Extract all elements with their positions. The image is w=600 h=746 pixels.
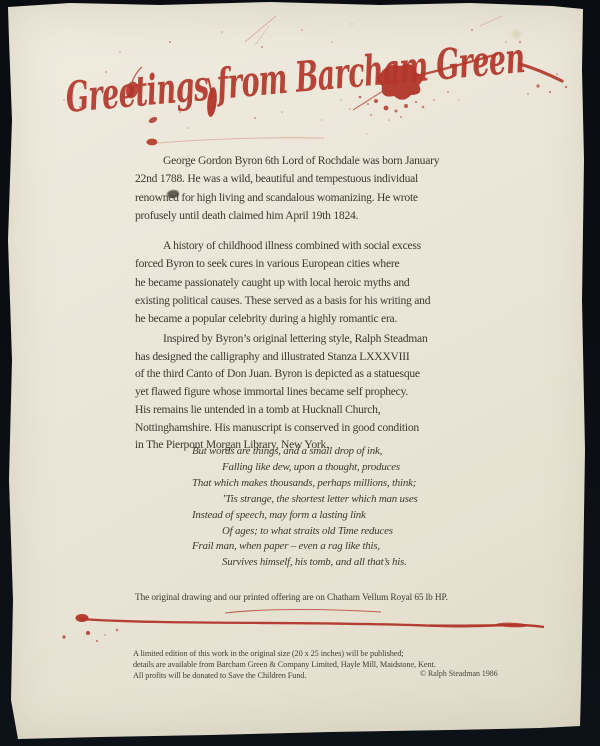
text-line: 22nd 1788. He was a wild, beautiful and … <box>135 170 439 188</box>
text-line: forced Byron to seek cures in various Eu… <box>135 255 430 273</box>
text-line: Of ages; to what straits old Time reduce… <box>192 524 418 540</box>
text-line: details are available from Barcham Green… <box>133 659 436 670</box>
text-line: Instead of speech, may form a lasting li… <box>192 508 418 524</box>
text-line: Frail man, when paper – even a rag like … <box>192 539 418 555</box>
text-line: he became a popular celebrity during a h… <box>135 310 430 328</box>
text-line: renowned for high living and scandalous … <box>135 189 439 207</box>
paragraph-byron-birth: George Gordon Byron 6th Lord of Rochdale… <box>135 152 439 225</box>
text-line: profusely until death claimed him April … <box>135 207 439 225</box>
text-line: has designed the calligraphy and illustr… <box>135 348 428 366</box>
text-line: Nottinghamshire. His manuscript is conse… <box>135 419 428 437</box>
text-line: Inspired by Byron’s original lettering s… <box>135 330 428 348</box>
text-line: ’Tis strange, the shortest letter which … <box>192 492 418 508</box>
text-line: All profits will be donated to Save the … <box>133 670 436 681</box>
text-line: A history of childhood illness combined … <box>135 237 430 255</box>
text-line: he became passionately caught up with lo… <box>135 274 430 292</box>
text-line: of the third Canto of Don Juan. Byron is… <box>135 365 428 383</box>
text-line: That which makes thousands, perhaps mill… <box>192 476 418 492</box>
text-line: Survives himself, his tomb, and all that… <box>192 555 418 571</box>
text-line: yet flawed figure whose immortal lines b… <box>135 383 428 401</box>
text-line: existing political causes. These served … <box>135 292 430 310</box>
colophon: A limited edition of this work in the or… <box>133 648 436 682</box>
text-line: Falling like dew, upon a thought, produc… <box>192 460 418 476</box>
paragraph-steadman-design: Inspired by Byron’s original lettering s… <box>135 330 428 454</box>
photo-background: Greetings from Barcham Green George Gord… <box>0 0 600 746</box>
ink-smudge <box>167 190 179 198</box>
text-line: George Gordon Byron 6th Lord of Rochdale… <box>135 152 439 170</box>
text-line: But words are things, and a small drop o… <box>192 444 418 460</box>
paragraph-byron-history: A history of childhood illness combined … <box>135 237 430 328</box>
don-juan-stanza: But words are things, and a small drop o… <box>192 444 418 571</box>
red-ink-flourish <box>0 594 600 654</box>
text-line: A limited edition of this work in the or… <box>133 648 436 659</box>
paper-stain <box>512 30 521 39</box>
text-line: His remains lie untended in a tomb at Hu… <box>135 401 428 419</box>
copyright-line: © Ralph Steadman 1986 <box>420 669 498 678</box>
broadside-page: Greetings from Barcham Green George Gord… <box>0 0 600 746</box>
ink-splatter-margin <box>128 108 388 153</box>
